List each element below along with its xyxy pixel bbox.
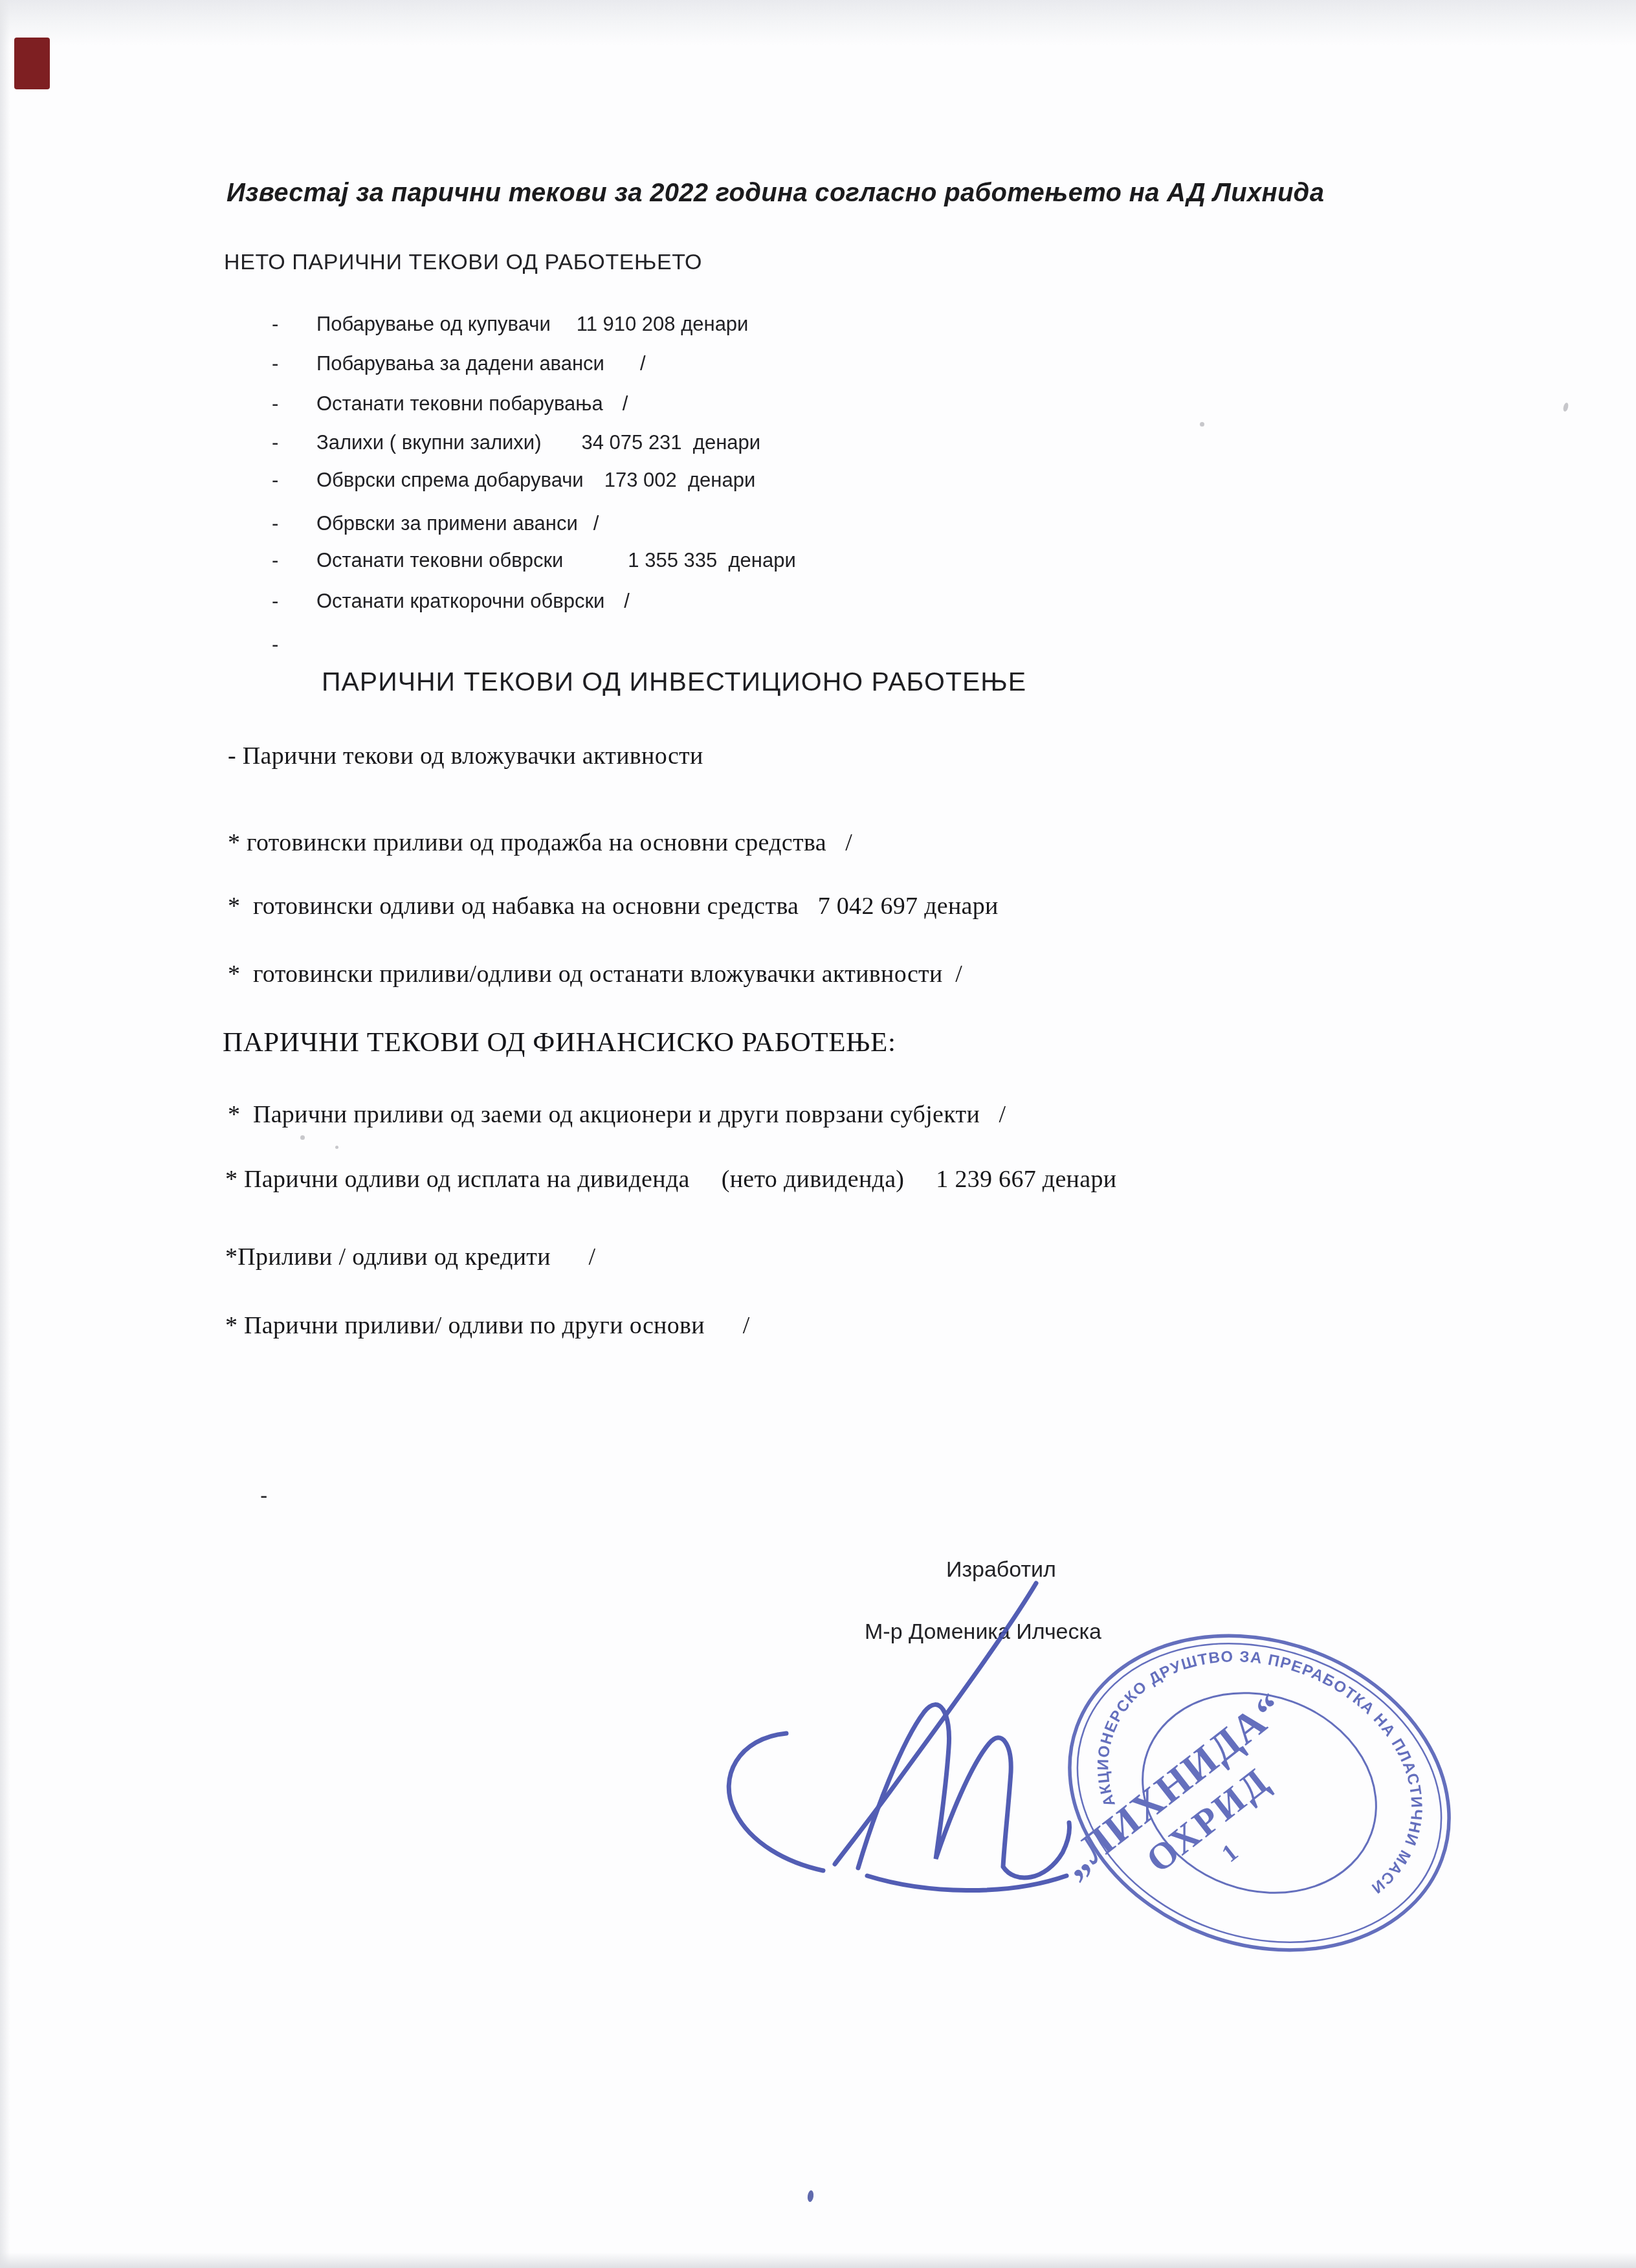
net-item-value: / xyxy=(623,392,628,416)
net-item-value: 1 355 335 денари xyxy=(628,549,795,572)
net-item-advances-received: - Обрвски за примени аванси / xyxy=(272,512,599,535)
net-item-payables-suppliers: - Обврски спрема добарувачи 173 002 дена… xyxy=(272,469,755,492)
signature-and-stamp-overlay: АКЦИОНЕРСКО ДРУШТВО ЗА ПРЕРАБОТКА НА ПЛА… xyxy=(0,0,1636,2268)
financing-line: * Парични одливи од исплата на дивиденда… xyxy=(225,1165,1116,1194)
financing-line: *Приливи / одливи од кредити / xyxy=(225,1243,595,1271)
stamp-number: 1 xyxy=(1217,1839,1243,1868)
net-item-value: 34 075 231 денари xyxy=(581,431,760,454)
stamp-company-name: „ЛИХНИДА“ xyxy=(1052,1684,1292,1886)
scan-speck xyxy=(1562,402,1569,412)
scan-edge-bottom xyxy=(0,2252,1636,2268)
prepared-by-label: Изработил xyxy=(946,1557,1056,1583)
net-item-other-shortterm-liabilities: - Останати краткорочни обврски / xyxy=(272,590,630,613)
dash-bullet: - xyxy=(272,512,316,535)
dash-bullet: - xyxy=(272,549,316,572)
financing-cashflow-heading: ПАРИЧНИ ТЕКОВИ ОД ФИНАНСИСКО РАБОТЕЊЕ: xyxy=(223,1027,896,1058)
footer-dash: - xyxy=(260,1484,267,1509)
dash-bullet: - xyxy=(272,313,316,336)
stamp-ring-text-holder: АКЦИОНЕРСКО ДРУШТВО ЗА ПРЕРАБОТКА НА ПЛА… xyxy=(1076,1603,1465,1915)
net-item-value: 11 910 208 денари xyxy=(577,313,749,336)
investing-line: * готовински приливи од продажба на осно… xyxy=(228,828,852,857)
net-cashflow-heading: НЕТО ПАРИЧНИ ТЕКОВИ ОД РАБОТЕЊЕТО xyxy=(224,250,702,275)
dash-bullet: - xyxy=(272,431,316,454)
ink-speck xyxy=(807,2190,814,2202)
net-item-value: / xyxy=(640,352,646,375)
scan-edge-top xyxy=(0,0,1636,45)
stamp-ring-text: АКЦИОНЕРСКО ДРУШТВО ЗА ПРЕРАБОТКА НА ПЛА… xyxy=(1076,1603,1465,1915)
company-stamp: АКЦИОНЕРСКО ДРУШТВО ЗА ПРЕРАБОТКА НА ПЛА… xyxy=(1025,1584,1494,2002)
investing-line: * готовински одливи од набавка на основн… xyxy=(228,892,999,920)
scan-edge-left xyxy=(0,0,10,2268)
financing-line: * Парични приливи од заеми од акционери … xyxy=(228,1100,1006,1129)
net-item-advances-given: - Побарувања за дадени аванси / xyxy=(272,352,646,375)
investing-line: - Парични текови од вложувачки активност… xyxy=(228,742,703,770)
net-item-value: 173 002 денари xyxy=(604,469,756,492)
document-title: Известај за парични текови за 2022 годин… xyxy=(227,179,1324,208)
dash-bullet: - xyxy=(272,352,316,375)
scan-speck xyxy=(1200,422,1204,427)
net-item-other-current-receivables: - Останати тековни побарувања / xyxy=(272,392,628,416)
investing-line: * готовински приливи/одливи од останати … xyxy=(228,960,962,988)
stamp-city: ОХРИД xyxy=(1138,1759,1278,1880)
prepared-by-name: М-р Доменика Илческа xyxy=(865,1619,1101,1645)
net-item-value: / xyxy=(624,590,630,613)
stamp-outer-ring xyxy=(1025,1584,1494,2002)
scan-speck xyxy=(335,1146,338,1149)
dash-bullet: - xyxy=(272,590,316,613)
scanned-document-page: Известај за парични текови за 2022 годин… xyxy=(0,0,1636,2268)
dash-bullet: - xyxy=(272,392,316,416)
investing-cashflow-heading: ПАРИЧНИ ТЕКОВИ ОД ИНВЕСТИЦИОНО РАБОТЕЊЕ xyxy=(322,667,1026,697)
stamp-inner-ring xyxy=(1114,1661,1404,1925)
scan-speck xyxy=(300,1135,305,1140)
stamp-outer-ring-2 xyxy=(1035,1594,1483,1992)
net-item-other-current-liabilities: - Останати тековни обврски 1 355 335 ден… xyxy=(272,549,796,572)
net-item-receivables-customers: - Побарување од купувачи 11 910 208 дена… xyxy=(272,313,748,336)
net-item-value: / xyxy=(593,512,599,535)
dash-bullet: - xyxy=(272,469,316,492)
scan-red-corner-mark xyxy=(14,38,50,89)
net-item-empty-dash: - xyxy=(272,633,316,656)
financing-line: * Парични приливи/ одливи по други основ… xyxy=(225,1311,750,1340)
dash-bullet: - xyxy=(272,633,316,656)
net-item-inventories: - Залихи ( вкупни залихи) 34 075 231 ден… xyxy=(272,431,760,454)
